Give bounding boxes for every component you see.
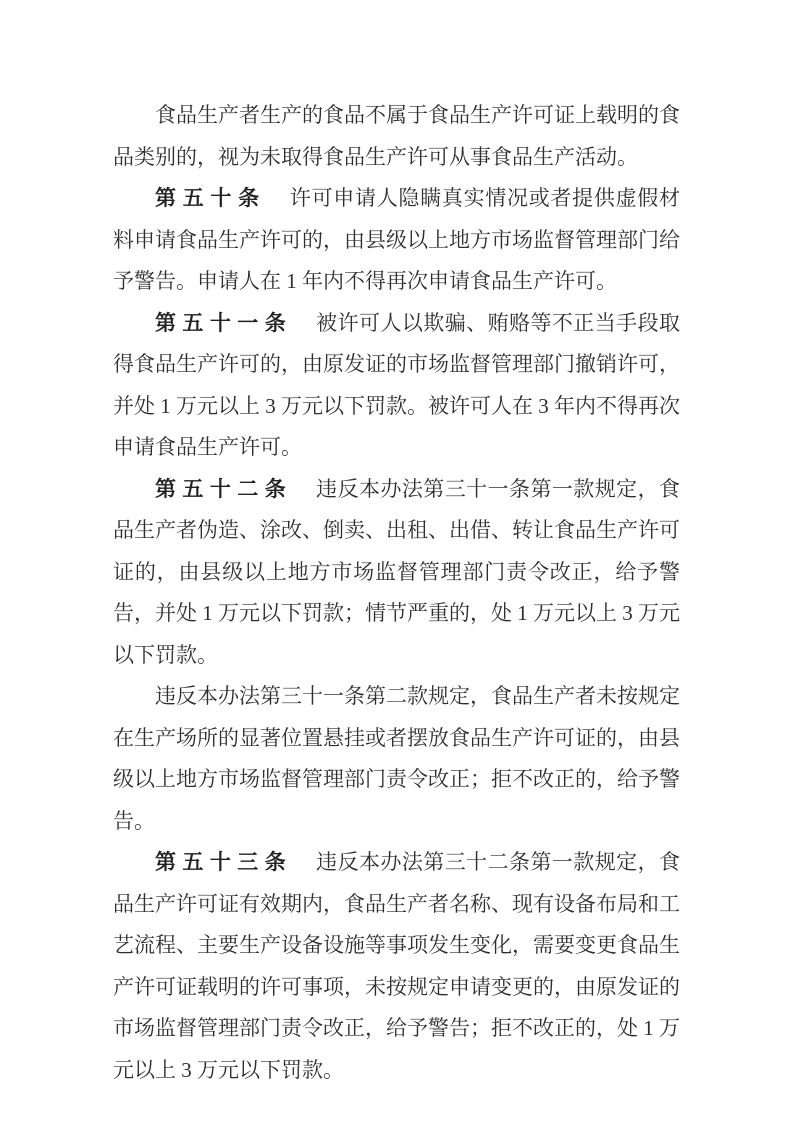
paragraph-text: 违反本办法第三十一条第一款规定，食品生产者伪造、涂改、倒卖、出租、出借、转让食品… xyxy=(113,477,680,667)
paragraph: 第五十条许可申请人隐瞒真实情况或者提供虚假材料申请食品生产许可的，由县级以上地方… xyxy=(113,178,680,303)
paragraph: 违反本办法第三十一条第二款规定，食品生产者未按规定在生产场所的显著位置悬挂或者摆… xyxy=(113,676,680,842)
article-number: 第五十条 xyxy=(155,187,266,210)
text-block: 食品生产者生产的食品不属于食品生产许可证上载明的食品类别的，视为未取得食品生产许… xyxy=(113,95,680,1091)
paragraph-text: 违反本办法第三十一条第二款规定，食品生产者未按规定在生产场所的显著位置悬挂或者摆… xyxy=(113,684,680,833)
article-number: 第五十三条 xyxy=(155,851,292,874)
document-page: 食品生产者生产的食品不属于食品生产许可证上载明的食品类别的，视为未取得食品生产许… xyxy=(0,0,793,1122)
article-number: 第五十一条 xyxy=(155,312,292,335)
paragraph: 第五十二条违反本办法第三十一条第一款规定，食品生产者伪造、涂改、倒卖、出租、出借… xyxy=(113,469,680,677)
paragraph: 食品生产者生产的食品不属于食品生产许可证上载明的食品类别的，视为未取得食品生产许… xyxy=(113,95,680,178)
article-number: 第五十二条 xyxy=(155,478,292,501)
paragraph: 第五十三条违反本办法第三十二条第一款规定，食品生产许可证有效期内，食品生产者名称… xyxy=(113,842,680,1091)
paragraph-text: 食品生产者生产的食品不属于食品生产许可证上载明的食品类别的，视为未取得食品生产许… xyxy=(113,103,680,169)
paragraph-text: 违反本办法第三十二条第一款规定，食品生产许可证有效期内，食品生产者名称、现有设备… xyxy=(113,850,680,1082)
paragraph: 第五十一条被许可人以欺骗、贿赂等不正当手段取得食品生产许可的，由原发证的市场监督… xyxy=(113,303,680,469)
